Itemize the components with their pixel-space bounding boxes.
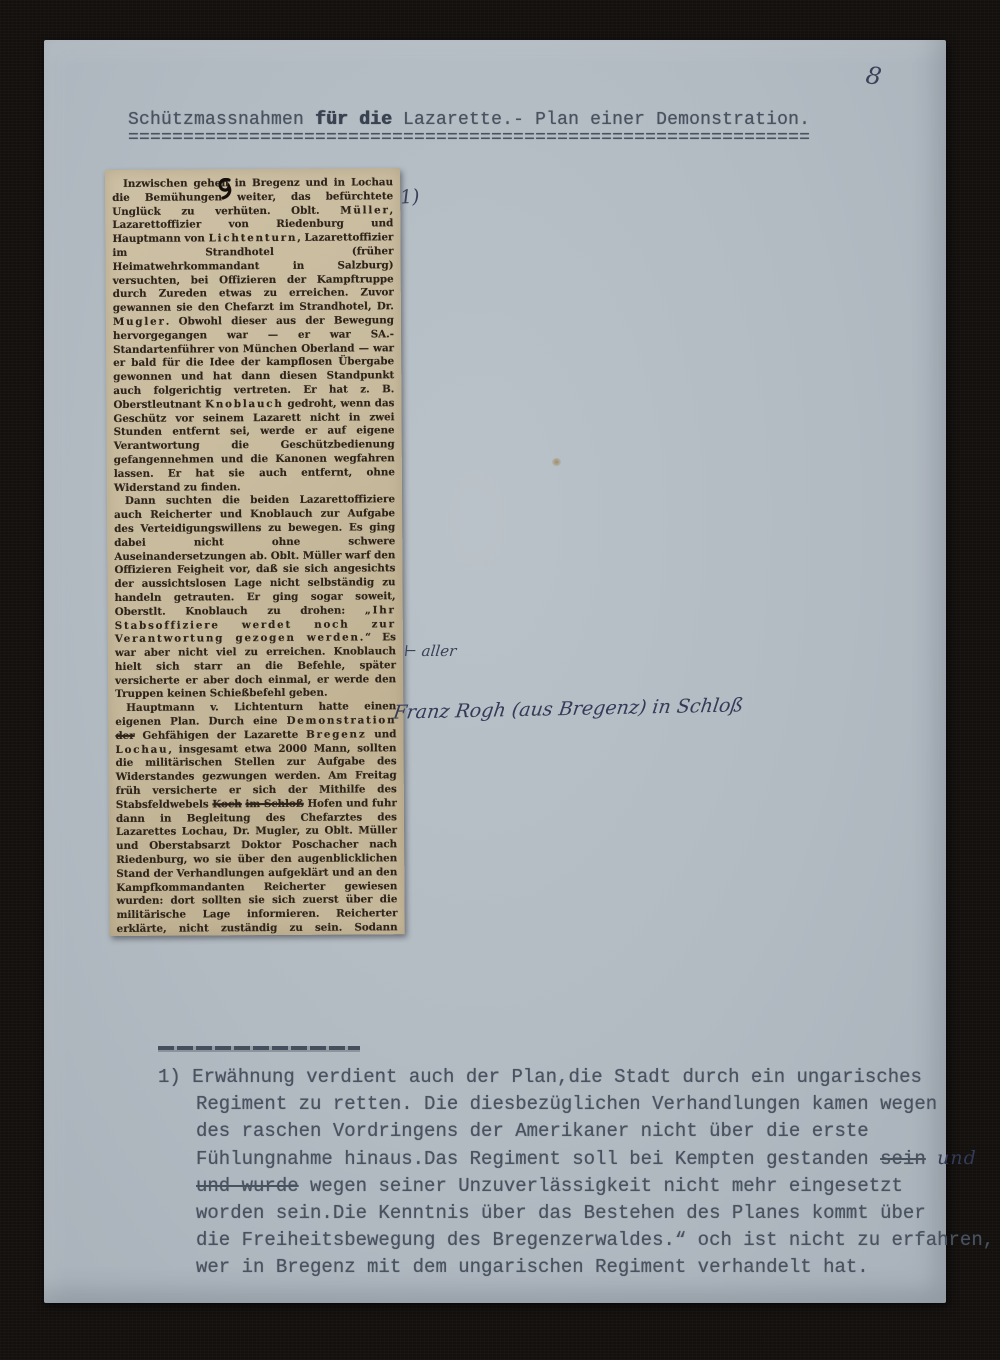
insertion-tick-icon: ⊢ [403,642,418,660]
footnote-line: und wurde wegen seiner Unzuverlässigkeit… [158,1173,964,1200]
margin-correction-name: Franz Rogh (aus Bregenz) in Schloß [392,694,745,723]
footnote-line: Fühlungnahme hinaus.Das Regiment soll be… [158,1145,964,1173]
document-page: 8 Schützmassnahmen für die Lazarette.- P… [44,40,946,1303]
clipping-paragraph-1: Inzwischen gehen in Bregenz und in Locha… [112,176,395,495]
title-underline: ========================================… [128,128,848,148]
newspaper-clipping: Inzwischen gehen in Bregenz und in Locha… [105,168,405,936]
page-title: Schützmassnahmen für die Lazarette.- Pla… [128,110,848,148]
footnote-line: 1) Erwähnung verdient auch der Plan,die … [158,1064,964,1091]
footnote-line: die Freiheitsbewegung des Bregenzerwalde… [158,1227,964,1254]
photo-background: 8 Schützmassnahmen für die Lazarette.- P… [0,0,1000,1360]
clipping-paragraph-2: Dann suchten die beiden Lazarettoffizier… [114,494,396,703]
footnote-line: worden sein.Die Kenntnis über das Besteh… [158,1200,964,1227]
margin-correction-text: aller [421,642,457,660]
clipping-paragraph-3: Hauptmann v. Lichtenturn hatte einen eig… [115,701,398,936]
footnote: 1) Erwähnung verdient auch der Plan,die … [158,1064,964,1281]
footnote-line: wer in Bregenz mit dem ungarischen Regim… [158,1254,964,1281]
page-number: 8 [864,61,883,91]
footnote-line: des raschen Vordringens der Amerikaner n… [158,1118,964,1145]
insertion-mark-icon [216,178,236,200]
footnote-separator [158,1046,360,1050]
footnote-reference-mark: 1) [399,185,420,208]
paper-speck [552,458,561,466]
footnote-line: Regiment zu retten. Die diesbezüglichen … [158,1091,964,1118]
margin-correction-aller: ⊢ aller [403,642,457,660]
title-text: Schützmassnahmen für die Lazarette.- Pla… [128,110,848,130]
